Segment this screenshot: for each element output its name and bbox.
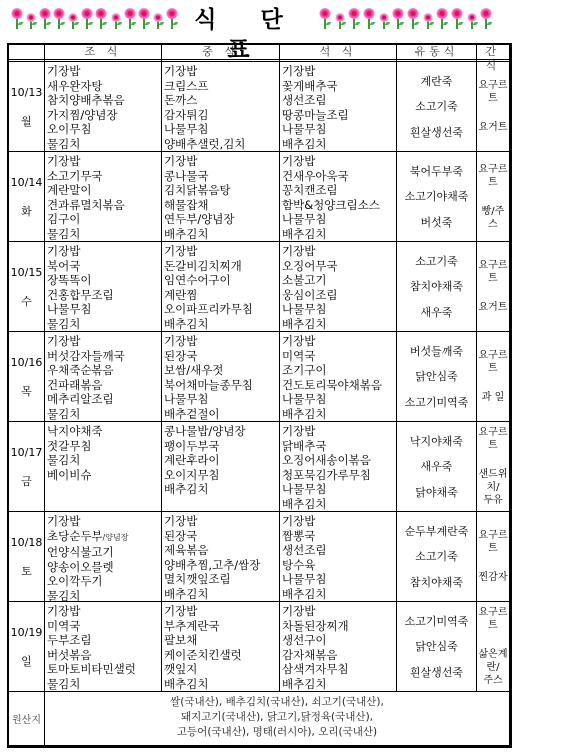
dish-item: 연두부/양념장 [164, 212, 279, 227]
table-row: 10/14 화기장밥소고기무국계란말이견과류멸치볶음김구이물김치기장밥콩나물국김… [9, 152, 509, 242]
dish-item: 나물무침 [164, 392, 279, 407]
dish-item: 기장밥 [164, 334, 279, 349]
flower-icon [66, 8, 79, 30]
dish-item: 웅심이조림 [282, 288, 396, 303]
liquid-diet-cell: 소고기미역죽닭안심죽흰살생선죽 [397, 602, 477, 691]
dish-item: 소불고기 [282, 273, 396, 288]
weekday-label: 일 [21, 654, 32, 669]
dish-item: 배추김치 [164, 317, 279, 332]
dish-item: 기장밥 [164, 514, 279, 529]
dish-item: 물김치 [47, 227, 161, 242]
lunch-cell: 기장밥부추계란국팔보채케이준치킨샐럿깻잎지배추김치 [162, 602, 280, 691]
table-row: 10/13 월기장밥새우완자탕참치양배추볶음가지찜/양념장오이무침물김치기장밥크… [9, 62, 509, 152]
dish-item: 나물무침 [282, 482, 396, 497]
dish-item: 나물무침 [164, 122, 279, 137]
flower-icon [465, 8, 479, 30]
snack-cell: 요구르트 샌드위치/ 두유 [477, 422, 509, 511]
dish-item: 해물잡채 [164, 198, 279, 213]
dish-item: 삼색겨자무침 [282, 662, 396, 677]
dish-item: 감자튀김 [164, 108, 279, 123]
dish-item: 기장밥 [47, 154, 161, 169]
dish-item: 기장밥 [164, 244, 279, 259]
dish-item: 기장밥 [164, 64, 279, 79]
date-label: 10/17 [11, 445, 43, 460]
snack-item: 요거트 [479, 301, 508, 314]
dish-item: 나물무침 [282, 212, 396, 227]
flower-border-right-icon [318, 8, 493, 30]
snack-item: 빵/주스 [477, 205, 509, 231]
dish-item: 오이파프리카무침 [164, 302, 279, 317]
dish-item: 짬뽕국 [282, 529, 396, 544]
date-label: 10/14 [11, 175, 43, 190]
dish-item: 미역국 [282, 349, 396, 364]
dish-item: 우채죽순볶음 [47, 363, 161, 378]
dish-item: 참치양배추볶음 [47, 93, 161, 108]
weekday-label: 토 [21, 564, 32, 579]
dish-item: 배추김치 [164, 482, 279, 497]
liquid-diet-cell: 순두부계란죽소고기죽참치야채죽 [397, 512, 477, 601]
origin-line: 돼지고기(국내산), 닭고기,닭정육(국내산), [45, 710, 509, 725]
dinner-cell: 기장밥건새우아욱국꽁치캔조림함박&청양크림소스나물무침배추김치 [280, 152, 397, 241]
dish-item: 기장밥 [282, 64, 396, 79]
dish-item: 김구이 [47, 212, 161, 227]
porridge-item: 새우죽 [421, 304, 453, 320]
dish-item: 기장밥 [282, 604, 396, 619]
dish-item: 북어국 [47, 259, 161, 274]
day-cell: 10/14 화 [9, 152, 45, 241]
flower-icon [123, 8, 136, 30]
dish-item: 양송이오믈렛 [47, 560, 161, 575]
dish-item: 오이지무침 [164, 468, 279, 483]
dish-item: 닭배추국 [282, 439, 396, 454]
day-cell: 10/13 월 [9, 62, 45, 151]
snack-item: 요구르트 [477, 426, 509, 452]
dish-item: 오이깍두기 [47, 574, 161, 589]
table-row: 10/16 목기장밥버섯감자들깨국우채죽순볶음건파래볶음메추리알조림물김치기장밥… [9, 332, 509, 422]
porridge-item: 새우죽 [421, 458, 453, 474]
dish-item: 크림스프 [164, 79, 279, 94]
flower-icon [52, 8, 65, 30]
dish-item: 부추계란국 [164, 619, 279, 634]
dish-item: 소고기무국 [47, 169, 161, 184]
porridge-item: 북어두부죽 [410, 163, 463, 179]
dish-item: 배추김치 [282, 137, 396, 152]
table-row: 10/18 토기장밥초당순두부/양념장언양식불고기양송이오믈렛오이깍두기물김치기… [9, 512, 509, 602]
porridge-item: 낙지야채죽 [410, 433, 463, 449]
flower-icon [80, 8, 93, 30]
dish-item: 기장밥 [164, 154, 279, 169]
snack-item: 요구르트 [477, 79, 509, 105]
dish-item: 양배추샐럿,김치 [164, 137, 279, 152]
snack-item: 찐감자 [479, 571, 508, 584]
day-cell: 10/19 일 [9, 602, 45, 691]
dish-item: 메추리알조림 [47, 392, 161, 407]
porridge-item: 닭안심죽 [415, 368, 458, 384]
breakfast-cell: 기장밥새우완자탕참치양배추볶음가지찜/양념장오이무침물김치 [45, 62, 162, 151]
flower-icon [362, 8, 376, 30]
dish-item: 기장밥 [282, 244, 396, 259]
dish-item: 배추김치 [282, 317, 396, 332]
flower-icon [479, 8, 493, 30]
flower-icon [318, 8, 332, 30]
dish-item: 배추김치 [164, 227, 279, 242]
snack-cell: 요구르트 찐감자 [477, 512, 509, 601]
dish-item: 콩나물밥/양념장 [164, 424, 279, 439]
dish-item: 탕수육 [282, 558, 396, 573]
dish-item: 기장밥 [282, 424, 396, 439]
dish-item: 버섯볶음 [47, 648, 161, 663]
dish-item: 김치닭볶음탕 [164, 183, 279, 198]
table-row: 10/19 일기장밥미역국두부조림버섯볶음토마토비타민샐럿물김치기장밥부추계란국… [9, 602, 509, 692]
liquid-diet-cell: 낙지야채죽새우죽닭야채죽 [397, 422, 477, 511]
weekday-label: 수 [21, 294, 32, 309]
dish-item: 생선조림 [282, 93, 396, 108]
dish-item: 돈갈비김치찌개 [164, 259, 279, 274]
dish-item: 팽이두부국 [164, 439, 279, 454]
dish-item: 젓갈무침 [47, 439, 161, 454]
porridge-item: 버섯죽 [421, 214, 453, 230]
dish-item: 기장밥 [164, 604, 279, 619]
flower-border-left-icon [10, 8, 178, 30]
origin-text: 쌀(국내산), 배추김치(국내산), 쇠고기(국내산), 돼지고기(국내산), … [45, 692, 509, 745]
dish-item: 미역국 [47, 619, 161, 634]
dish-item: 기장밥 [47, 604, 161, 619]
weekday-label: 목 [21, 384, 32, 399]
dish-item: 토마토비타민샐럿 [47, 662, 161, 677]
dish-item: 보쌈/새우젓 [164, 363, 279, 378]
dish-item: 임연수어구이 [164, 273, 279, 288]
dish-item: 감자채볶음 [282, 648, 396, 663]
dish-item: 물김치 [47, 317, 161, 332]
lunch-cell: 기장밥돈갈비김치찌개임연수어구이계란찜오이파프리카무침배추김치 [162, 242, 280, 331]
dish-item: 장똑똑이 [47, 273, 161, 288]
dish-item: 땅콩마늘조림 [282, 108, 396, 123]
dish-item: 배추김치 [282, 227, 396, 242]
dish-item: 계란찜 [164, 288, 279, 303]
breakfast-cell: 기장밥소고기무국계란말이견과류멸치볶음김구이물김치 [45, 152, 162, 241]
porridge-item: 참치야채죽 [410, 278, 463, 294]
lunch-cell: 기장밥콩나물국김치닭볶음탕해물잡채연두부/양념장배추김치 [162, 152, 280, 241]
snack-item: 요구르트 [477, 349, 509, 375]
dish-item: 조기구이 [282, 363, 396, 378]
porridge-item: 순두부계란죽 [405, 523, 469, 539]
dish-item: 배추김치 [164, 587, 279, 602]
weekday-label: 화 [21, 204, 32, 219]
dinner-cell: 기장밥오징어무국소불고기웅심이조림나물무침배추김치 [280, 242, 397, 331]
porridge-item: 버섯들깨죽 [410, 343, 463, 359]
dish-item: 건홍합무조림 [47, 288, 161, 303]
porridge-item: 소고기죽 [415, 548, 458, 564]
flower-icon [165, 8, 178, 30]
dish-item: 두부조림 [47, 633, 161, 648]
porridge-item: 소고기야채죽 [405, 188, 469, 204]
table-row: 10/17 금낙지야채죽젓갈무침물김치베이비슈콩나물밥/양념장팽이두부국계란후라… [9, 422, 509, 512]
dish-item: 물김치 [47, 453, 161, 468]
porridge-item: 소고기미역죽 [405, 394, 469, 410]
flower-icon [38, 8, 51, 30]
dish-item: 배추김치 [282, 587, 396, 602]
porridge-item: 닭야채죽 [415, 484, 458, 500]
dish-item: 배추김치 [282, 407, 396, 422]
dish-item: 양배추찜,고추/쌈장 [164, 558, 279, 573]
dish-item: 생선구이 [282, 633, 396, 648]
dish-item: 기장밥 [282, 154, 396, 169]
dish-item: 기장밥 [282, 334, 396, 349]
dish-item: 오징어무국 [282, 259, 396, 274]
dish-item: 낙지야채죽 [47, 424, 161, 439]
dish-item: 계란후라이 [164, 453, 279, 468]
dish-item: 건파래볶음 [47, 378, 161, 393]
porridge-item: 참치야채죽 [410, 574, 463, 590]
dish-item: 나물무침 [282, 302, 396, 317]
dish-item: 콩나물국 [164, 169, 279, 184]
origin-row: 원산지 쌀(국내산), 배추김치(국내산), 쇠고기(국내산), 돼지고기(국내… [9, 692, 509, 745]
porridge-item: 소고기미역죽 [405, 613, 469, 629]
dish-item: 꽃게배추국 [282, 79, 396, 94]
flower-icon [421, 8, 435, 30]
snack-item: 요구르트 [477, 606, 509, 632]
dish-item: 나물무침 [282, 572, 396, 587]
snack-item: 요구르트 [477, 529, 509, 555]
snack-cell: 요구르트 요거트 [477, 242, 509, 331]
porridge-item: 닭안심죽 [415, 638, 458, 654]
dinner-cell: 기장밥닭배추국오징어새송이볶음청포묵김가루무침나물무침배추김치 [280, 422, 397, 511]
dish-item: 기장밥 [47, 514, 161, 529]
dish-item: 팔보채 [164, 633, 279, 648]
dish-item: 북어채마늘종무침 [164, 378, 279, 393]
liquid-diet-cell: 계란죽소고기죽흰살생선죽 [397, 62, 477, 151]
dish-item: 케이준치킨샐럿 [164, 648, 279, 663]
dish-item: 배추김치 [282, 497, 396, 512]
flower-icon [137, 8, 150, 30]
menu-table: 조 식 중 식 석 식 유동식 간 식 10/13 월기장밥새우완자탕참치양배추… [7, 43, 512, 748]
table-body: 10/13 월기장밥새우완자탕참치양배추볶음가지찜/양념장오이무침물김치기장밥크… [9, 62, 509, 692]
dish-item: 깻잎지 [164, 662, 279, 677]
date-label: 10/18 [11, 535, 43, 550]
porridge-item: 계란죽 [421, 73, 453, 89]
origin-line: 쌀(국내산), 배추김치(국내산), 쇠고기(국내산), [45, 695, 509, 710]
dish-item: 계란말이 [47, 183, 161, 198]
dish-item: 물김치 [47, 407, 161, 422]
dish-item: 베이비슈 [47, 468, 161, 483]
lunch-cell: 기장밥된장국보쌈/새우젓북어채마늘종무침나물무침배추겉절이 [162, 332, 280, 421]
dish-item: 제육볶음 [164, 543, 279, 558]
flower-icon [435, 8, 449, 30]
dish-item: 기장밥 [47, 64, 161, 79]
date-label: 10/19 [11, 625, 43, 640]
lunch-cell: 기장밥된장국제육볶음양배추찜,고추/쌈장멸치깻잎조림배추김치 [162, 512, 280, 601]
flower-icon [109, 8, 122, 30]
dish-item: 함박&청양크림소스 [282, 198, 396, 213]
table-row: 10/15 수기장밥북어국장똑똑이건홍합무조림나물무침물김치기장밥돈갈비김치찌개… [9, 242, 509, 332]
liquid-diet-cell: 버섯들깨죽닭안심죽소고기미역죽 [397, 332, 477, 421]
dish-item: 배추김치 [282, 677, 396, 692]
snack-item: 샌드위치/ 두유 [477, 468, 509, 507]
flower-icon [391, 8, 405, 30]
snack-cell: 요구르트 삶은계란/ 주스 [477, 602, 509, 691]
dish-item: 물김치 [47, 137, 161, 152]
dish-item: 새우완자탕 [47, 79, 161, 94]
dish-item: 견과류멸치볶음 [47, 198, 161, 213]
breakfast-cell: 기장밥버섯감자들깨국우채죽순볶음건파래볶음메추리알조림물김치 [45, 332, 162, 421]
flower-icon [377, 8, 391, 30]
dish-item: 된장국 [164, 349, 279, 364]
dish-item: 꽁치캔조림 [282, 183, 396, 198]
dish-note: /양념장 [103, 533, 129, 542]
dish-item: 건도토리묵야채볶음 [282, 378, 396, 393]
porridge-item: 흰살생선죽 [410, 124, 463, 140]
flower-icon [333, 8, 347, 30]
porridge-item: 소고기죽 [415, 98, 458, 114]
lunch-cell: 콩나물밥/양념장팽이두부국계란후라이오이지무침배추김치 [162, 422, 280, 511]
dish-item: 버섯감자들깨국 [47, 349, 161, 364]
dish-item: 된장국 [164, 529, 279, 544]
flower-icon [347, 8, 361, 30]
dinner-cell: 기장밥짬뽕국생선조림탕수육나물무침배추김치 [280, 512, 397, 601]
date-label: 10/16 [11, 355, 43, 370]
dish-item: 기장밥 [47, 334, 161, 349]
dish-item: 물김치 [47, 589, 161, 602]
day-cell: 10/16 목 [9, 332, 45, 421]
snack-item: 요구르트 [477, 259, 509, 285]
flower-icon [24, 8, 37, 30]
dish-item: 오이무침 [47, 122, 161, 137]
snack-item: 과 일 [482, 391, 505, 404]
dish-item: 건새우아욱국 [282, 169, 396, 184]
flower-icon [406, 8, 420, 30]
snack-item: 요구르트 [477, 163, 509, 189]
flower-icon [151, 8, 164, 30]
flower-icon [94, 8, 107, 30]
porridge-item: 소고기죽 [415, 253, 458, 269]
liquid-diet-cell: 소고기죽참치야채죽새우죽 [397, 242, 477, 331]
day-cell: 10/18 토 [9, 512, 45, 601]
title-bar: 식 단 표 [0, 0, 576, 40]
dish-item: 배추김치 [164, 677, 279, 692]
dinner-cell: 기장밥꽃게배추국생선조림땅콩마늘조림나물무침배추김치 [280, 62, 397, 151]
dish-item: 멸치깻잎조림 [164, 572, 279, 587]
snack-cell: 요구르트 빵/주스 [477, 152, 509, 241]
dish-item: 배추겉절이 [164, 407, 279, 422]
snack-cell: 요구르트 과 일 [477, 332, 509, 421]
day-cell: 10/15 수 [9, 242, 45, 331]
date-label: 10/15 [11, 265, 43, 280]
dish-item: 기장밥 [282, 514, 396, 529]
dish-item: 기장밥 [47, 244, 161, 259]
breakfast-cell: 낙지야채죽젓갈무침물김치베이비슈 [45, 422, 162, 511]
breakfast-cell: 기장밥초당순두부/양념장언양식불고기양송이오믈렛오이깍두기물김치 [45, 512, 162, 601]
dish-item: 생선조림 [282, 543, 396, 558]
breakfast-cell: 기장밥북어국장똑똑이건홍합무조림나물무침물김치 [45, 242, 162, 331]
dish-item: 차돌된장찌개 [282, 619, 396, 634]
dish-item: 언양식불고기 [47, 545, 161, 560]
lunch-cell: 기장밥크림스프돈까스감자튀김나물무침양배추샐럿,김치 [162, 62, 280, 151]
snack-item: 요거트 [479, 121, 508, 134]
dish-item: 나물무침 [282, 122, 396, 137]
table-header: 조 식 중 식 석 식 유동식 간 식 [9, 45, 509, 62]
dish-item: 나물무침 [47, 302, 161, 317]
weekday-label: 금 [21, 474, 32, 489]
porridge-item: 흰살생선죽 [410, 664, 463, 680]
origin-label: 원산지 [9, 692, 45, 745]
dinner-cell: 기장밥미역국조기구이건도토리묵야채볶음나물무침배추김치 [280, 332, 397, 421]
snack-cell: 요구르트 요거트 [477, 62, 509, 151]
flower-icon [10, 8, 23, 30]
dish-item: 초당순두부/양념장 [47, 529, 161, 546]
snack-item: 삶은계란/ 주스 [477, 648, 509, 687]
dish-item: 나물무침 [282, 392, 396, 407]
dish-item: 청포묵김가루무침 [282, 468, 396, 483]
dish-item: 돈까스 [164, 93, 279, 108]
dinner-cell: 기장밥차돌된장찌개생선구이감자채볶음삼색겨자무침배추김치 [280, 602, 397, 691]
dish-item: 가지찜/양념장 [47, 108, 161, 123]
day-cell: 10/17 금 [9, 422, 45, 511]
weekday-label: 월 [21, 114, 32, 129]
breakfast-cell: 기장밥미역국두부조림버섯볶음토마토비타민샐럿물김치 [45, 602, 162, 691]
flower-icon [450, 8, 464, 30]
dish-item: 오징어새송이볶음 [282, 453, 396, 468]
date-label: 10/13 [11, 85, 43, 100]
dish-item: 물김치 [47, 677, 161, 692]
origin-line: 고등어(국내산), 명태(러시아), 오리(국내산) [45, 725, 509, 740]
liquid-diet-cell: 북어두부죽소고기야채죽버섯죽 [397, 152, 477, 241]
